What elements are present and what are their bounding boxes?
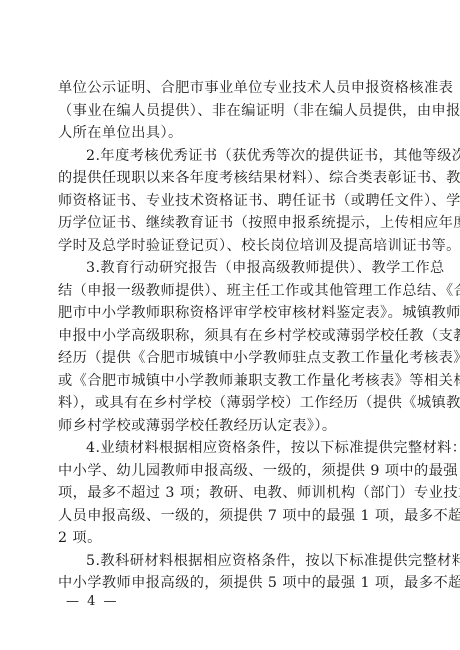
text-line: 结（申报一级教师提供）、班主任工作或其他管理工作总结、《合	[58, 280, 404, 303]
text-line: 肥市中小学教师职称资格评审学校审核材料鉴定表》。城镇教师	[58, 302, 404, 325]
text-line: 历学位证书、继续教育证书（按照申报系统提示，上传相应年度	[58, 212, 404, 235]
page-number: — 4 —	[66, 594, 119, 609]
text-line: 中小学、幼儿园教师申报高级、一级的，须提供 9 项中的最强 2	[58, 460, 404, 483]
document-body: 单位公示证明、合肥市事业单位专业技术人员申报资格核准表 （事业在编人员提供）、非…	[58, 77, 404, 595]
text-line: 的提供任现职以来各年度考核结果材料）、综合类表彰证书、教	[58, 167, 404, 190]
text-line: 人员申报高级、一级的，须提供 7 项中的最强 1 项，最多不超过	[58, 505, 404, 528]
paragraph-5-start: 5.教科研材料根据相应资格条件，按以下标准提供完整材料：	[58, 550, 404, 573]
paragraph-3-start: 3.教育行动研究报告（申报高级教师提供）、教学工作总	[58, 257, 404, 280]
paragraph-4-start: 4.业绩材料根据相应资格条件，按以下标准提供完整材料：	[58, 437, 404, 460]
paragraph-2-start: 2.年度考核优秀证书（获优秀等次的提供证书，其他等级次	[58, 145, 404, 168]
text-line: 师资格证书、专业技术资格证书、聘任证书（或聘任文件）、学	[58, 190, 404, 213]
text-line: 人所在单位出具）。	[58, 122, 404, 145]
text-line: 2 项。	[58, 527, 404, 550]
document-page: 单位公示证明、合肥市事业单位专业技术人员申报资格核准表 （事业在编人员提供）、非…	[0, 0, 460, 650]
text-line: 经历（提供《合肥市城镇中小学教师驻点支教工作量化考核表》	[58, 347, 404, 370]
text-line: 师乡村学校或薄弱学校任教经历认定表》）。	[58, 415, 404, 438]
text-line: 单位公示证明、合肥市事业单位专业技术人员申报资格核准表	[58, 77, 404, 100]
text-line: 学时及总学时验证登记页）、校长岗位培训及提高培训证书等。	[58, 235, 404, 258]
text-line: （事业在编人员提供）、非在编证明（非在编人员提供，由申报	[58, 100, 404, 123]
text-line: 料），或具有在乡村学校（薄弱学校）工作经历（提供《城镇教	[58, 392, 404, 415]
text-line: 中小学教师申报高级的，须提供 5 项中的最强 1 项，最多不超过	[58, 572, 404, 595]
text-line: 申报中小学高级职称，须具有在乡村学校或薄弱学校任教（支教）	[58, 325, 404, 348]
text-line: 项，最多不超过 3 项；教研、电教、师训机构（部门）专业技术	[58, 482, 404, 505]
text-line: 或《合肥市城镇中小学教师兼职支教工作量化考核表》等相关材	[58, 370, 404, 393]
